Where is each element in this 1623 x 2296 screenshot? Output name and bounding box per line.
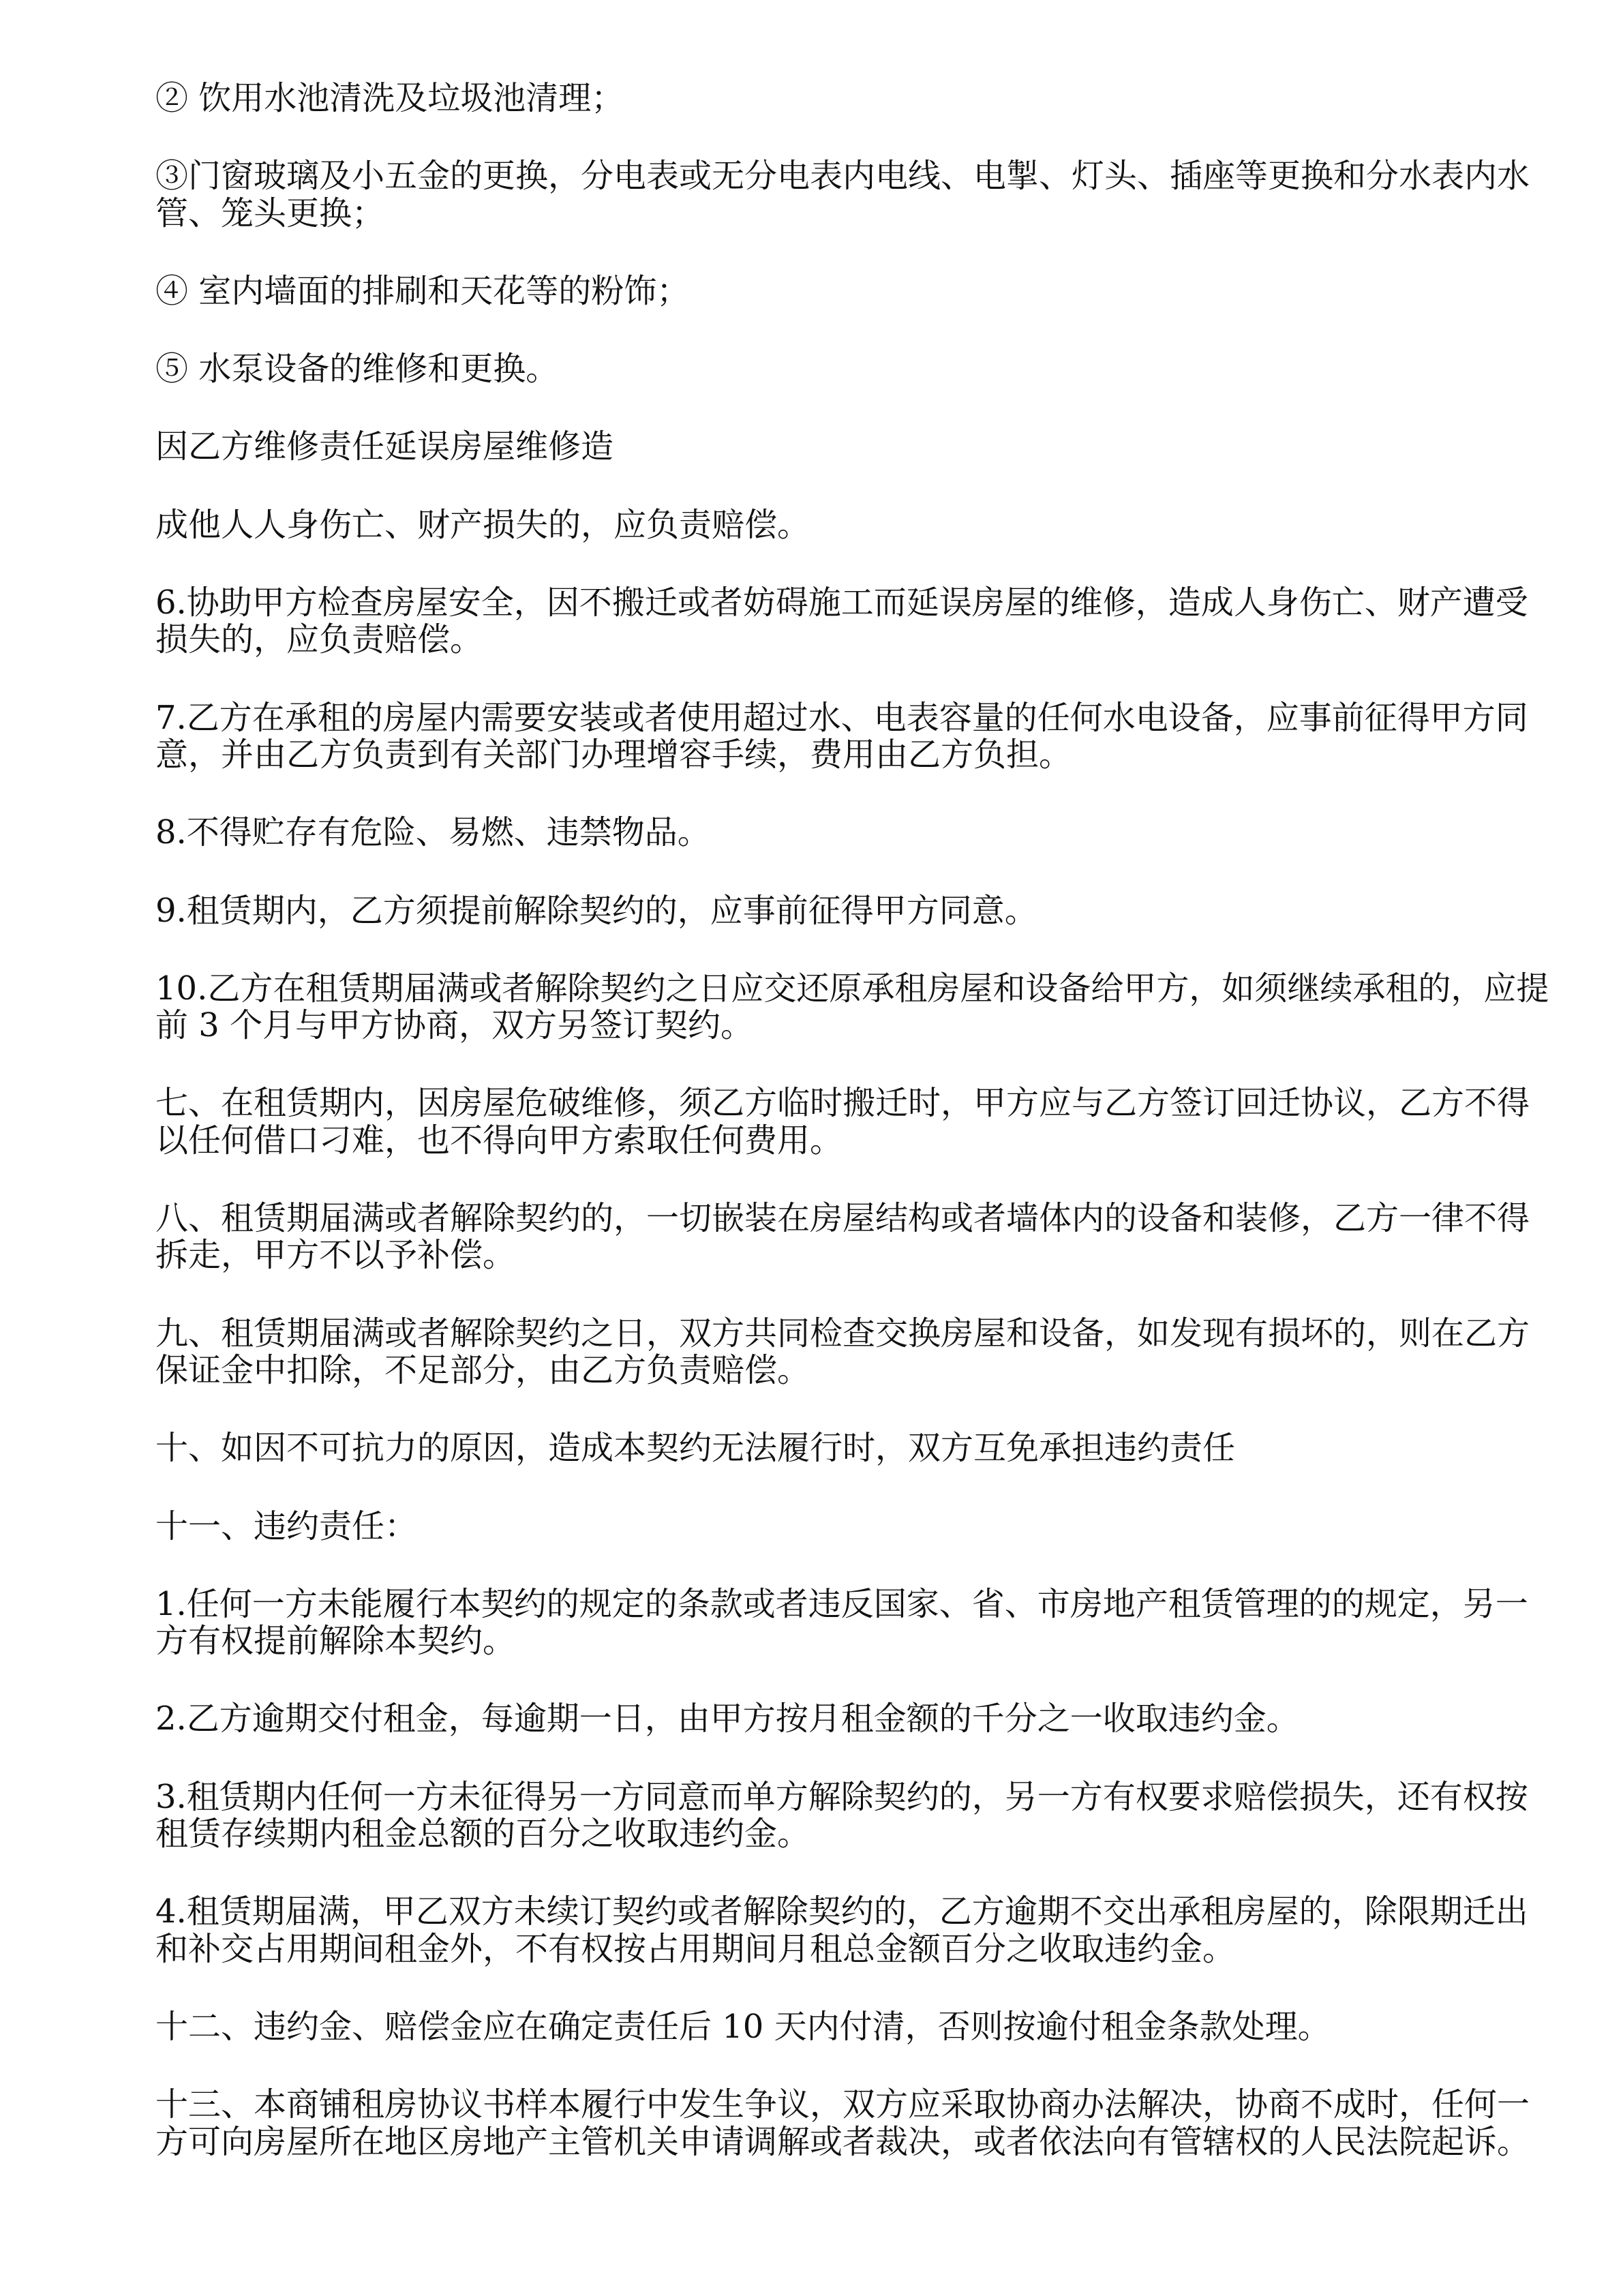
clause-9: 9.租赁期内，乙方须提前解除契约的，应事前征得甲方同意。 [155,892,1560,929]
section-7-relocation: 七、在租赁期内，因房屋危破维修，须乙方临时搬迁时，甲方应与乙方签订回迁协议，乙方… [155,1085,1560,1159]
text-line: 十二、违约金、赔偿金应在确定责任后 10 天内付清，否则按逾付租金条款处理。 [155,2008,1560,2045]
text-line: 九、租赁期届满或者解除契约之日，双方共同检查交换房屋和设备，如发现有损坏的，则在… [155,1315,1560,1352]
section-11-heading: 十一、违约责任： [155,1508,1560,1545]
text-line: 6.协助甲方检查房屋安全，因不搬迁或者妨碍施工而延误房屋的维修，造成人身伤亡、财… [155,584,1560,621]
text-line: ④ 室内墙面的排刷和天花等的粉饰； [155,273,1560,309]
section-8-fixtures: 八、租赁期届满或者解除契约的，一切嵌装在房屋结构或者墙体内的设备和装修，乙方一律… [155,1200,1560,1274]
section-13-dispute-resolution: 十三、本商铺租房协议书样本履行中发生争议，双方应采取协商办法解决，协商不成时，任… [155,2086,1560,2160]
text-line: 和补交占用期间租金外，不有权按占用期间月租总金额百分之收取违约金。 [155,1931,1560,1967]
text-line: ③门窗玻璃及小五金的更换，分电表或无分电表内电线、电掣、灯头、插座等更换和分水表… [155,157,1560,194]
liability-clause-2: 2.乙方逾期交付租金，每逾期一日，由甲方按月租金额的千分之一收取违约金。 [155,1700,1560,1737]
text-line: 拆走，甲方不以予补偿。 [155,1237,1560,1273]
text-line: 因乙方维修责任延误房屋维修造 [155,428,1560,465]
clause-8: 8.不得贮存有危险、易燃、违禁物品。 [155,814,1560,851]
text-line: 保证金中扣除，不足部分，由乙方负责赔偿。 [155,1352,1560,1389]
clause-6: 6.协助甲方检查房屋安全，因不搬迁或者妨碍施工而延误房屋的维修，造成人身伤亡、财… [155,584,1560,659]
text-line: 3.租赁期内任何一方未征得另一方同意而单方解除契约的，另一方有权要求赔偿损失，还… [155,1779,1560,1815]
text-line: 前 3 个月与甲方协商，双方另签订契约。 [155,1007,1560,1044]
text-line: 10.乙方在租赁期届满或者解除契约之日应交还原承租房屋和设备给甲方，如须继续承租… [155,970,1560,1007]
paragraph-item-3-doors-windows: ③门窗玻璃及小五金的更换，分电表或无分电表内电线、电掣、灯头、插座等更换和分水表… [155,157,1560,232]
liability-clause-3: 3.租赁期内任何一方未征得另一方同意而单方解除契约的，另一方有权要求赔偿损失，还… [155,1779,1560,1853]
document-page: ② 饮用水池清洗及垃圾池清理； ③门窗玻璃及小五金的更换，分电表或无分电表内电线… [155,80,1560,2201]
text-line: 2.乙方逾期交付租金，每逾期一日，由甲方按月租金额的千分之一收取违约金。 [155,1700,1560,1737]
text-line: ② 饮用水池清洗及垃圾池清理； [155,80,1560,117]
section-9-inspection: 九、租赁期届满或者解除契约之日，双方共同检查交换房屋和设备，如发现有损坏的，则在… [155,1315,1560,1389]
text-line: 7.乙方在承租的房屋内需要安装或者使用超过水、电表容量的任何水电设备，应事前征得… [155,699,1560,736]
paragraph-item-4-walls: ④ 室内墙面的排刷和天花等的粉饰； [155,273,1560,309]
clause-10: 10.乙方在租赁期届满或者解除契约之日应交还原承租房屋和设备给甲方，如须继续承租… [155,970,1560,1044]
text-line: 方可向房屋所在地区房地产主管机关申请调解或者裁决，或者依法向有管辖权的人民法院起… [155,2124,1560,2160]
liability-clause-1: 1.任何一方未能履行本契约的规定的条款或者违反国家、省、市房地产租赁管理的的规定… [155,1586,1560,1660]
text-line: 以任何借口刁难，也不得向甲方索取任何费用。 [155,1122,1560,1159]
paragraph-repair-delay: 因乙方维修责任延误房屋维修造 [155,428,1560,465]
text-line: 损失的，应负责赔偿。 [155,621,1560,658]
text-line: 8.不得贮存有危险、易燃、违禁物品。 [155,814,1560,851]
text-line: 9.租赁期内，乙方须提前解除契约的，应事前征得甲方同意。 [155,892,1560,929]
text-line: 七、在租赁期内，因房屋危破维修，须乙方临时搬迁时，甲方应与乙方签订回迁协议，乙方… [155,1085,1560,1121]
text-line: 租赁存续期内租金总额的百分之收取违约金。 [155,1815,1560,1852]
liability-clause-4: 4.租赁期届满，甲乙双方未续订契约或者解除契约的，乙方逾期不交出承租房屋的，除限… [155,1893,1560,1967]
text-line: 十三、本商铺租房协议书样本履行中发生争议，双方应采取协商办法解决，协商不成时，任… [155,2086,1560,2123]
section-10-force-majeure: 十、如因不可抗力的原因，造成本契约无法履行时，双方互免承担违约责任 [155,1430,1560,1466]
paragraph-item-5-pump: ⑤ 水泵设备的维修和更换。 [155,350,1560,387]
section-12-payment-deadline: 十二、违约金、赔偿金应在确定责任后 10 天内付清，否则按逾付租金条款处理。 [155,2008,1560,2045]
text-line: 1.任何一方未能履行本契约的规定的条款或者违反国家、省、市房地产租赁管理的的规定… [155,1586,1560,1622]
text-line: 4.租赁期届满，甲乙双方未续订契约或者解除契约的，乙方逾期不交出承租房屋的，除限… [155,1893,1560,1930]
text-line: 意，并由乙方负责到有关部门办理增容手续，费用由乙方负担。 [155,736,1560,773]
text-line: 成他人人身伤亡、财产损失的，应负责赔偿。 [155,507,1560,543]
text-line: ⑤ 水泵设备的维修和更换。 [155,350,1560,387]
text-line: 十一、违约责任： [155,1508,1560,1545]
text-line: 八、租赁期届满或者解除契约的，一切嵌装在房屋结构或者墙体内的设备和装修，乙方一律… [155,1200,1560,1237]
text-line: 十、如因不可抗力的原因，造成本契约无法履行时，双方互免承担违约责任 [155,1430,1560,1466]
paragraph-compensation: 成他人人身伤亡、财产损失的，应负责赔偿。 [155,507,1560,543]
clause-7: 7.乙方在承租的房屋内需要安装或者使用超过水、电表容量的任何水电设备，应事前征得… [155,699,1560,774]
text-line: 管、笼头更换； [155,195,1560,232]
text-line: 方有权提前解除本契约。 [155,1622,1560,1659]
paragraph-item-2-water-tank: ② 饮用水池清洗及垃圾池清理； [155,80,1560,117]
